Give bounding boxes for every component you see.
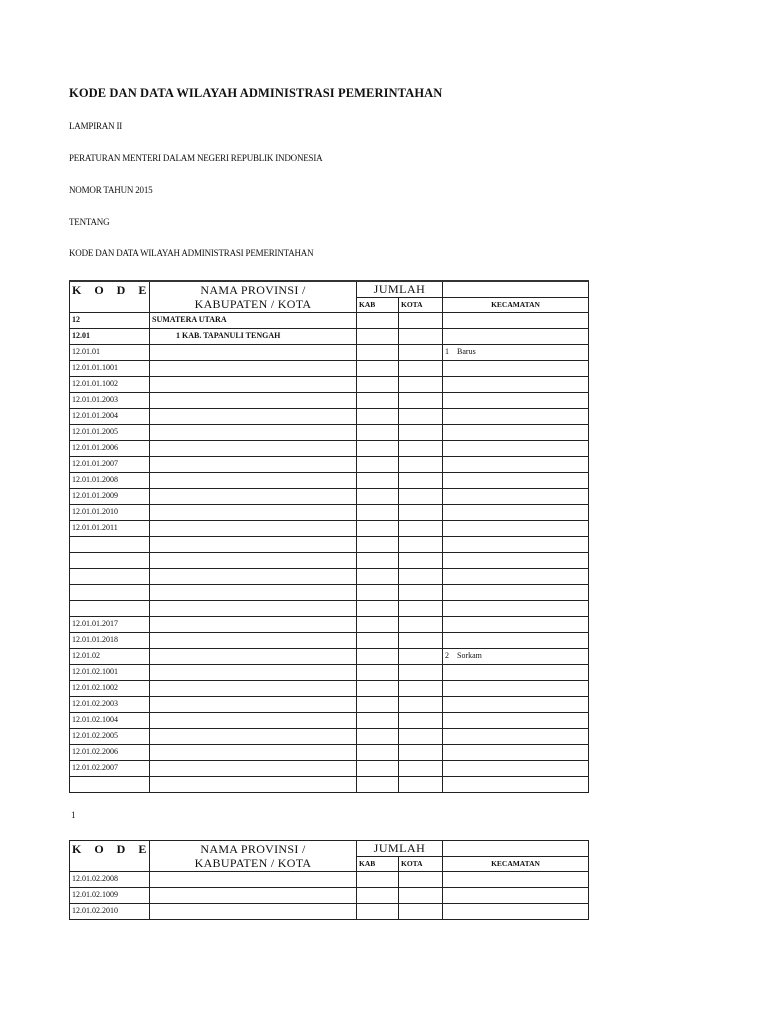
cell-kode: 12.01.01.2009 [70, 489, 150, 505]
table-row [70, 569, 589, 585]
cell-nama [150, 601, 357, 617]
cell-kab [357, 521, 399, 537]
cell-kecamatan [443, 409, 589, 425]
cell-kab [357, 888, 399, 904]
header-blank [443, 281, 589, 298]
header-kode: K O D E [70, 281, 150, 313]
cell-kode [70, 569, 150, 585]
cell-kota [399, 393, 443, 409]
cell-nama [150, 777, 357, 793]
kecamatan-number: 2 [445, 649, 457, 662]
cell-kab [357, 665, 399, 681]
table-row: 12.011 KAB. TAPANULI TENGAH [70, 329, 589, 345]
cell-kab [357, 361, 399, 377]
cell-kode: 12.01.02.2003 [70, 697, 150, 713]
cell-kab [357, 601, 399, 617]
cell-kode: 12.01.02.2005 [70, 729, 150, 745]
cell-kab [357, 505, 399, 521]
cell-kecamatan [443, 313, 589, 329]
cell-kecamatan [443, 617, 589, 633]
region-code-table-1: K O D E NAMA PROVINSI / KABUPATEN / KOTA… [69, 280, 589, 793]
cell-kab [357, 377, 399, 393]
cell-kecamatan [443, 393, 589, 409]
cell-kota [399, 633, 443, 649]
table-row: 12.01.01.1002 [70, 377, 589, 393]
cell-kecamatan [443, 601, 589, 617]
cell-kota [399, 521, 443, 537]
header-kode: K O D E [70, 841, 150, 872]
header-jumlah: JUMLAH [357, 281, 443, 298]
cell-kab [357, 473, 399, 489]
cell-kecamatan [443, 489, 589, 505]
region-code-table-2: K O D E NAMA PROVINSI / KABUPATEN / KOTA… [69, 840, 589, 920]
cell-kab [357, 697, 399, 713]
cell-kecamatan [443, 761, 589, 777]
cell-nama [150, 441, 357, 457]
cell-kecamatan [443, 473, 589, 489]
table-2-body: 12.01.02.200812.01.02.100912.01.02.2010 [70, 872, 589, 920]
cell-nama [150, 633, 357, 649]
cell-kab [357, 537, 399, 553]
cell-kecamatan [443, 569, 589, 585]
cell-kode: 12.01 [70, 329, 150, 345]
cell-kota [399, 409, 443, 425]
cell-kecamatan [443, 713, 589, 729]
table-row: 12.01.02.1001 [70, 665, 589, 681]
cell-kecamatan [443, 745, 589, 761]
cell-nama [150, 377, 357, 393]
header-kab: KAB [357, 857, 399, 872]
cell-kota [399, 505, 443, 521]
table-row: 12.01.01.2009 [70, 489, 589, 505]
header-nama: NAMA PROVINSI / KABUPATEN / KOTA [150, 281, 357, 313]
cell-kab [357, 729, 399, 745]
header-kota: KOTA [399, 857, 443, 872]
header-nama: NAMA PROVINSI / KABUPATEN / KOTA [150, 841, 357, 872]
header-kab: KAB [357, 298, 399, 313]
cell-kecamatan [443, 329, 589, 345]
cell-kecamatan [443, 872, 589, 888]
cell-nama [150, 425, 357, 441]
cell-kota [399, 761, 443, 777]
cell-nama [150, 569, 357, 585]
cell-kota [399, 601, 443, 617]
cell-kota [399, 553, 443, 569]
cell-kota [399, 888, 443, 904]
cell-kab [357, 761, 399, 777]
cell-nama: SUMATERA UTARA [150, 313, 357, 329]
nomor-label: NOMOR TAHUN 2015 [69, 185, 152, 195]
table-row [70, 537, 589, 553]
table-row: 12.01.01.2018 [70, 633, 589, 649]
cell-kota [399, 904, 443, 920]
cell-nama [150, 393, 357, 409]
table-row: 12.01.01.2005 [70, 425, 589, 441]
cell-kota [399, 473, 443, 489]
cell-kecamatan: 1Barus [443, 345, 589, 361]
cell-kab [357, 569, 399, 585]
cell-kode [70, 585, 150, 601]
cell-kab [357, 313, 399, 329]
cell-kecamatan [443, 441, 589, 457]
cell-kota [399, 777, 443, 793]
cell-kode: 12.01.02 [70, 649, 150, 665]
cell-kode [70, 537, 150, 553]
cell-nama [150, 473, 357, 489]
cell-kota [399, 729, 443, 745]
table-row [70, 553, 589, 569]
cell-kota [399, 489, 443, 505]
cell-kode: 12.01.02.1002 [70, 681, 150, 697]
cell-kota [399, 537, 443, 553]
cell-kecamatan [443, 505, 589, 521]
cell-kode: 12.01.01.2010 [70, 505, 150, 521]
cell-kab [357, 681, 399, 697]
cell-kab [357, 872, 399, 888]
table-row [70, 601, 589, 617]
table-row: 12.01.01.2010 [70, 505, 589, 521]
cell-kecamatan [443, 729, 589, 745]
cell-kode: 12.01.01.2008 [70, 473, 150, 489]
cell-nama [150, 745, 357, 761]
cell-kode [70, 553, 150, 569]
cell-kode: 12.01.02.2010 [70, 904, 150, 920]
cell-kecamatan [443, 553, 589, 569]
header-nama-line1: NAMA PROVINSI / [152, 842, 354, 856]
table-row: 12.01.02.1009 [70, 888, 589, 904]
cell-kode: 12.01.01.2007 [70, 457, 150, 473]
cell-kota [399, 377, 443, 393]
cell-kode: 12.01.02.2008 [70, 872, 150, 888]
cell-nama [150, 649, 357, 665]
cell-kode: 12.01.01.2017 [70, 617, 150, 633]
cell-kota [399, 345, 443, 361]
cell-kab [357, 633, 399, 649]
cell-nama [150, 617, 357, 633]
table-row: 12.01.02.2006 [70, 745, 589, 761]
cell-kota [399, 665, 443, 681]
cell-kecamatan [443, 585, 589, 601]
cell-nama [150, 904, 357, 920]
page-number: 1 [71, 810, 76, 820]
cell-nama [150, 697, 357, 713]
cell-kode: 12.01.01.2006 [70, 441, 150, 457]
header-kecamatan: KECAMATAN [443, 857, 589, 872]
cell-kab [357, 617, 399, 633]
cell-kota [399, 441, 443, 457]
cell-nama [150, 537, 357, 553]
header-nama-line2: KABUPATEN / KOTA [152, 297, 354, 311]
cell-kode: 12.01.02.2006 [70, 745, 150, 761]
cell-kecamatan [443, 904, 589, 920]
cell-kode: 12.01.02.1001 [70, 665, 150, 681]
cell-kode: 12.01.01 [70, 345, 150, 361]
table-row: 12.01.02.2010 [70, 904, 589, 920]
cell-kecamatan [443, 425, 589, 441]
cell-kecamatan [443, 777, 589, 793]
document-title: KODE DAN DATA WILAYAH ADMINISTRASI PEMER… [69, 86, 442, 101]
cell-kode: 12.01.01.2005 [70, 425, 150, 441]
cell-kecamatan [443, 888, 589, 904]
cell-kecamatan [443, 537, 589, 553]
cell-kota [399, 585, 443, 601]
cell-nama [150, 761, 357, 777]
kecamatan-name: Barus [457, 347, 476, 356]
cell-nama [150, 521, 357, 537]
header-kecamatan: KECAMATAN [443, 298, 589, 313]
cell-kode: 12.01.02.1009 [70, 888, 150, 904]
table-row: 12.01.01.2008 [70, 473, 589, 489]
table-row: 12.01.01.1001 [70, 361, 589, 377]
cell-kecamatan [443, 457, 589, 473]
cell-kota [399, 313, 443, 329]
cell-kecamatan [443, 697, 589, 713]
kecamatan-name: Sorkam [457, 651, 482, 660]
tentang-label: TENTANG [69, 217, 109, 227]
cell-kecamatan [443, 665, 589, 681]
cell-kota [399, 569, 443, 585]
cell-kecamatan [443, 377, 589, 393]
cell-kode: 12 [70, 313, 150, 329]
cell-kode [70, 777, 150, 793]
table-1-body: 12SUMATERA UTARA12.011 KAB. TAPANULI TEN… [70, 313, 589, 793]
header-kota: KOTA [399, 298, 443, 313]
cell-kecamatan [443, 633, 589, 649]
cell-kab [357, 425, 399, 441]
cell-nama [150, 585, 357, 601]
cell-kab [357, 457, 399, 473]
header-nama-line2: KABUPATEN / KOTA [152, 856, 354, 870]
cell-kota [399, 617, 443, 633]
table-row: 12.01.022Sorkam [70, 649, 589, 665]
cell-kode: 12.01.02.1004 [70, 713, 150, 729]
table-row: 12.01.02.2003 [70, 697, 589, 713]
kecamatan-number: 1 [445, 345, 457, 358]
cell-kab [357, 904, 399, 920]
cell-nama [150, 888, 357, 904]
cell-nama [150, 553, 357, 569]
cell-kab [357, 585, 399, 601]
table-row: 12.01.01.2007 [70, 457, 589, 473]
cell-nama [150, 409, 357, 425]
cell-kota [399, 329, 443, 345]
table-row: 12.01.02.1002 [70, 681, 589, 697]
table-row [70, 585, 589, 601]
cell-kode: 12.01.01.2018 [70, 633, 150, 649]
subject-label: KODE DAN DATA WILAYAH ADMINISTRASI PEMER… [69, 248, 313, 258]
cell-nama [150, 713, 357, 729]
cell-kab [357, 441, 399, 457]
cell-kab [357, 345, 399, 361]
header-jumlah: JUMLAH [357, 841, 443, 857]
cell-kecamatan [443, 521, 589, 537]
cell-nama [150, 729, 357, 745]
cell-kode: 12.01.01.1001 [70, 361, 150, 377]
cell-kab [357, 393, 399, 409]
cell-kab [357, 489, 399, 505]
cell-kota [399, 713, 443, 729]
cell-kode: 12.01.01.2003 [70, 393, 150, 409]
cell-kota [399, 697, 443, 713]
cell-nama [150, 665, 357, 681]
cell-kota [399, 361, 443, 377]
table-row: 12.01.011Barus [70, 345, 589, 361]
cell-kecamatan: 2Sorkam [443, 649, 589, 665]
table-row: 12.01.01.2003 [70, 393, 589, 409]
cell-kode: 12.01.02.2007 [70, 761, 150, 777]
cell-nama [150, 681, 357, 697]
table-row: 12.01.02.1004 [70, 713, 589, 729]
cell-kab [357, 713, 399, 729]
cell-kota [399, 425, 443, 441]
cell-kab [357, 409, 399, 425]
peraturan-label: PERATURAN MENTERI DALAM NEGERI REPUBLIK … [69, 153, 322, 163]
cell-kota [399, 649, 443, 665]
lampiran-label: LAMPIRAN II [69, 121, 122, 131]
table-row: 12.01.01.2011 [70, 521, 589, 537]
table-row [70, 777, 589, 793]
cell-kecamatan [443, 681, 589, 697]
cell-nama [150, 872, 357, 888]
cell-nama: 1 KAB. TAPANULI TENGAH [150, 329, 357, 345]
cell-kode: 12.01.01.2004 [70, 409, 150, 425]
cell-kab [357, 649, 399, 665]
cell-kota [399, 745, 443, 761]
header-nama-line1: NAMA PROVINSI / [152, 283, 354, 297]
cell-nama [150, 457, 357, 473]
table-row: 12.01.02.2007 [70, 761, 589, 777]
cell-kode [70, 601, 150, 617]
table-row: 12SUMATERA UTARA [70, 313, 589, 329]
table-row: 12.01.02.2005 [70, 729, 589, 745]
cell-nama [150, 361, 357, 377]
table-row: 12.01.01.2017 [70, 617, 589, 633]
cell-kab [357, 329, 399, 345]
cell-nama [150, 505, 357, 521]
cell-kab [357, 745, 399, 761]
cell-kab [357, 777, 399, 793]
cell-kab [357, 553, 399, 569]
table-row: 12.01.01.2004 [70, 409, 589, 425]
cell-kota [399, 457, 443, 473]
cell-kecamatan [443, 361, 589, 377]
cell-kota [399, 872, 443, 888]
cell-nama [150, 345, 357, 361]
cell-kode: 12.01.01.2011 [70, 521, 150, 537]
table-row: 12.01.01.2006 [70, 441, 589, 457]
cell-kota [399, 681, 443, 697]
cell-kode: 12.01.01.1002 [70, 377, 150, 393]
table-row: 12.01.02.2008 [70, 872, 589, 888]
cell-nama [150, 489, 357, 505]
header-blank [443, 841, 589, 857]
